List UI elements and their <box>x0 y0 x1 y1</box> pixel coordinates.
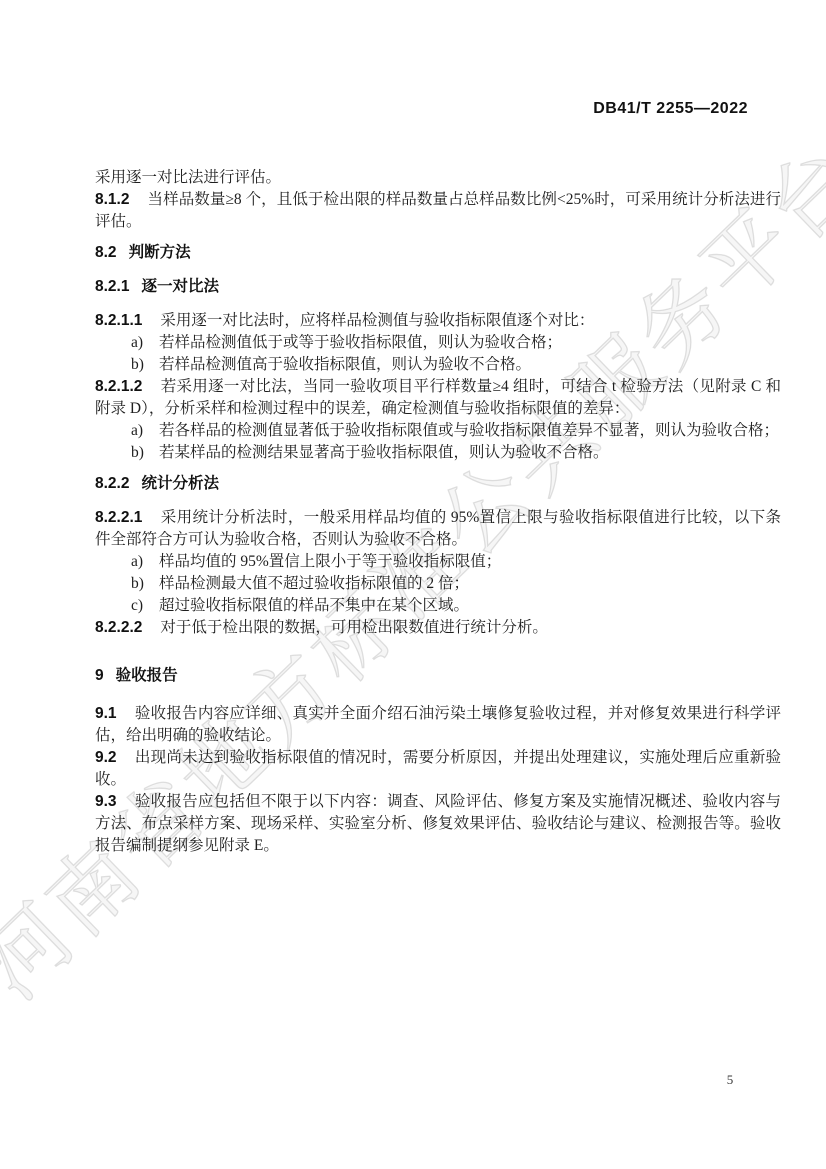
list-item-label: a) <box>131 551 159 573</box>
clause-9-2: 9.2出现尚未达到验收指标限值的情况时，需要分析原因，并提出处理建议，实施处理后… <box>95 747 781 791</box>
heading-number: 8.2.2 <box>95 475 129 492</box>
list-item-b: b)样品检测最大值不超过验收指标限值的 2 倍； <box>95 573 781 595</box>
clause-number: 8.2.2.1 <box>95 509 142 526</box>
clause-number: 9.3 <box>95 793 117 810</box>
clause-text: 验收报告应包括但不限于以下内容：调查、风险评估、修复方案及实施情况概述、验收内容… <box>95 793 781 854</box>
clause-number: 8.2.2.2 <box>95 619 142 636</box>
heading-title: 统计分析法 <box>141 475 219 492</box>
list-item-text: 若样品检测值低于或等于验收指标限值，则认为验收合格； <box>159 334 562 351</box>
heading-8-2: 8.2判断方法 <box>95 242 781 264</box>
clause-8-2-1-2: 8.2.1.2若采用逐一对比法，当同一验收项目平行样数量≥4 组时，可结合 t … <box>95 376 781 420</box>
list-item-label: b) <box>131 354 159 376</box>
list-item-a: a)若样品检测值低于或等于验收指标限值，则认为验收合格； <box>95 332 781 354</box>
heading-9: 9验收报告 <box>95 665 781 687</box>
clause-8-2-2-2: 8.2.2.2对于低于检出限的数据，可用检出限数值进行统计分析。 <box>95 617 781 639</box>
clause-text: 当样品数量≥8 个，且低于检出限的样品数量占总样品数比例<25%时，可采用统计分… <box>95 191 781 230</box>
document-page: 河南省地方标准公共服务平台 DB41/T 2255—2022 采用逐一对比法进行… <box>0 0 826 1169</box>
list-item-label: a) <box>131 420 159 442</box>
paragraph-text: 采用逐一对比法进行评估。 <box>95 169 281 186</box>
heading-title: 判断方法 <box>129 244 191 261</box>
clause-text: 采用逐一对比法时，应将样品检测值与验收指标限值逐个对比： <box>160 312 594 329</box>
heading-title: 验收报告 <box>116 667 178 684</box>
heading-8-2-1: 8.2.1逐一对比法 <box>95 276 781 298</box>
clause-number: 8.2.1.2 <box>95 378 142 395</box>
clause-number: 9.1 <box>95 705 117 722</box>
list-item-text: 若各样品的检测值显著低于验收指标限值或与验收指标限值差异不显著，则认为验收合格； <box>159 422 779 439</box>
paragraph-continuation: 采用逐一对比法进行评估。 <box>95 167 781 189</box>
list-item-label: a) <box>131 332 159 354</box>
list-item-c: c)超过验收指标限值的样品不集中在某个区域。 <box>95 595 781 617</box>
heading-title: 逐一对比法 <box>141 278 219 295</box>
list-item-text: 若某样品的检测结果显著高于验收指标限值，则认为验收不合格。 <box>159 444 609 461</box>
list-item-text: 若样品检测值高于验收指标限值，则认为验收不合格。 <box>159 356 531 373</box>
list-item-label: b) <box>131 573 159 595</box>
list-item-text: 超过验收指标限值的样品不集中在某个区域。 <box>159 597 469 614</box>
page-number: 5 <box>718 1072 742 1088</box>
list-item-text: 样品检测最大值不超过验收指标限值的 2 倍； <box>159 575 469 592</box>
list-item-a: a)样品均值的 95%置信上限小于等于验收指标限值； <box>95 551 781 573</box>
list-item-a: a)若各样品的检测值显著低于验收指标限值或与验收指标限值差异不显著，则认为验收合… <box>95 420 781 442</box>
heading-number: 8.2 <box>95 244 117 261</box>
heading-8-2-2: 8.2.2统计分析法 <box>95 473 781 495</box>
clause-8-1-2: 8.1.2当样品数量≥8 个，且低于检出限的样品数量占总样品数比例<25%时，可… <box>95 189 781 233</box>
document-number: DB41/T 2255—2022 <box>593 100 748 118</box>
list-item-b: b)若某样品的检测结果显著高于验收指标限值，则认为验收不合格。 <box>95 442 781 464</box>
clause-8-2-1-1: 8.2.1.1采用逐一对比法时，应将样品检测值与验收指标限值逐个对比： <box>95 310 781 332</box>
list-item-text: 样品均值的 95%置信上限小于等于验收指标限值； <box>159 553 501 570</box>
clause-text: 采用统计分析法时，一般采用样品均值的 95%置信上限与验收指标限值进行比较，以下… <box>95 509 781 548</box>
document-body: 采用逐一对比法进行评估。 8.1.2当样品数量≥8 个，且低于检出限的样品数量占… <box>95 167 781 857</box>
list-item-label: c) <box>131 595 159 617</box>
list-item-label: b) <box>131 442 159 464</box>
clause-text: 出现尚未达到验收指标限值的情况时，需要分析原因，并提出处理建议，实施处理后应重新… <box>95 749 781 788</box>
clause-number: 8.1.2 <box>95 191 129 208</box>
clause-9-1: 9.1验收报告内容应详细、真实并全面介绍石油污染土壤修复验收过程，并对修复效果进… <box>95 703 781 747</box>
clause-9-3: 9.3验收报告应包括但不限于以下内容：调查、风险评估、修复方案及实施情况概述、验… <box>95 791 781 857</box>
heading-number: 9 <box>95 667 104 684</box>
clause-number: 8.2.1.1 <box>95 312 142 329</box>
list-item-b: b)若样品检测值高于验收指标限值，则认为验收不合格。 <box>95 354 781 376</box>
clause-text: 对于低于检出限的数据，可用检出限数值进行统计分析。 <box>160 619 548 636</box>
clause-text: 验收报告内容应详细、真实并全面介绍石油污染土壤修复验收过程，并对修复效果进行科学… <box>95 705 781 744</box>
clause-number: 9.2 <box>95 749 117 766</box>
heading-number: 8.2.1 <box>95 278 129 295</box>
clause-8-2-2-1: 8.2.2.1采用统计分析法时，一般采用样品均值的 95%置信上限与验收指标限值… <box>95 507 781 551</box>
clause-text: 若采用逐一对比法，当同一验收项目平行样数量≥4 组时，可结合 t 检验方法（见附… <box>95 378 781 417</box>
